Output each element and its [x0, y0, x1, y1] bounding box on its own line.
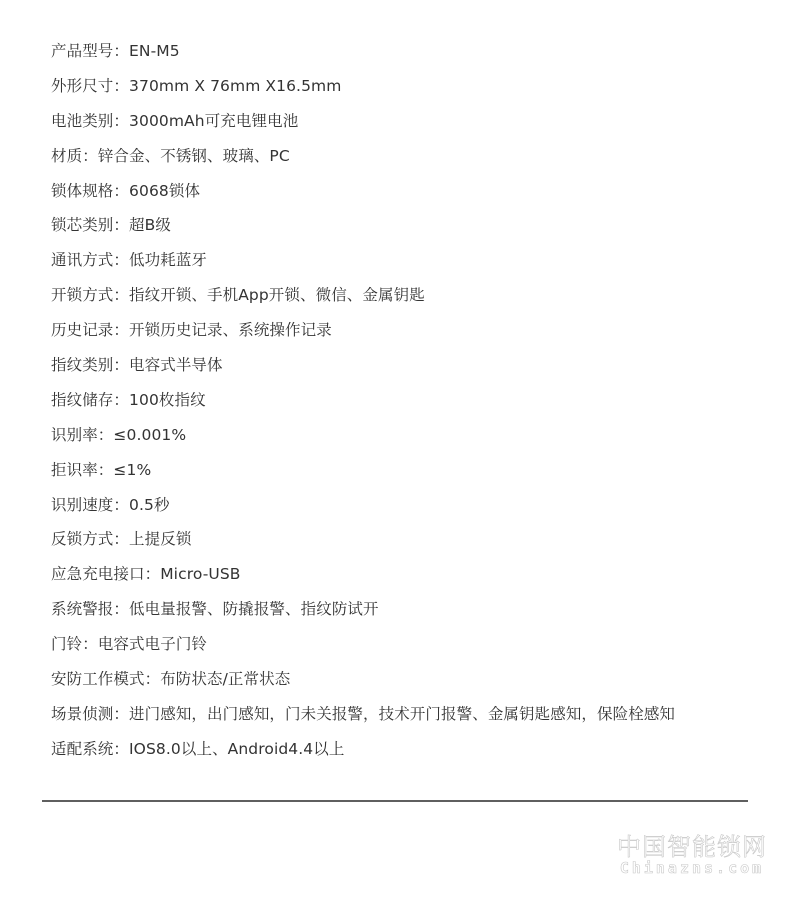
spec-label: 外形尺寸：	[51, 77, 129, 95]
spec-row-fingerprint-storage: 指纹储存：100枚指纹	[51, 387, 675, 422]
spec-value: 电容式电子门铃	[98, 635, 207, 653]
spec-value: 开锁历史记录、系统操作记录	[129, 321, 332, 339]
spec-row-deadlock: 反锁方式：上提反锁	[51, 526, 675, 561]
spec-row-communication: 通讯方式：低功耗蓝牙	[51, 247, 675, 282]
watermark: 中国智能锁网 Chinazns.com	[612, 834, 772, 876]
divider	[42, 800, 748, 802]
spec-value: 进门感知，出门感知，门未关报警，技术开门报警、金属钥匙感知，保险栓感知	[129, 705, 675, 723]
spec-row-dimensions: 外形尺寸：370mm X 76mm X16.5mm	[51, 73, 675, 108]
spec-row-history: 历史记录：开锁历史记录、系统操作记录	[51, 317, 675, 352]
spec-value: 指纹开锁、手机App开锁、微信、金属钥匙	[129, 286, 425, 304]
spec-label: 识别速度：	[51, 496, 129, 514]
spec-label: 产品型号：	[51, 42, 129, 60]
spec-value: 0.5秒	[129, 496, 170, 514]
spec-value: 100枚指纹	[129, 391, 206, 409]
spec-label: 电池类别：	[51, 112, 129, 130]
spec-label: 门铃：	[51, 635, 98, 653]
spec-row-security-mode: 安防工作模式：布防状态/正常状态	[51, 666, 675, 701]
spec-value: IOS8.0以上、Android4.4以上	[129, 740, 344, 758]
spec-label: 系统警报：	[51, 600, 129, 618]
spec-value: 低功耗蓝牙	[129, 251, 207, 269]
watermark-en-text: Chinazns.com	[612, 860, 772, 876]
spec-label: 指纹储存：	[51, 391, 129, 409]
spec-label: 场景侦测：	[51, 705, 129, 723]
spec-value: 电容式半导体	[129, 356, 223, 374]
spec-label: 识别率：	[51, 426, 113, 444]
spec-label: 拒识率：	[51, 461, 113, 479]
spec-value: 6068锁体	[129, 182, 200, 200]
spec-label: 通讯方式：	[51, 251, 129, 269]
spec-label: 指纹类别：	[51, 356, 129, 374]
spec-value: 低电量报警、防撬报警、指纹防试开	[129, 600, 379, 618]
spec-label: 适配系统：	[51, 740, 129, 758]
spec-value: 布防状态/正常状态	[160, 670, 290, 688]
watermark-cn-text: 中国智能锁网	[612, 834, 772, 860]
spec-row-battery: 电池类别：3000mAh可充电锂电池	[51, 108, 675, 143]
spec-row-emergency-charging: 应急充电接口：Micro-USB	[51, 561, 675, 596]
spec-row-fingerprint-type: 指纹类别：电容式半导体	[51, 352, 675, 387]
spec-row-doorbell: 门铃：电容式电子门铃	[51, 631, 675, 666]
spec-row-unlock-methods: 开锁方式：指纹开锁、手机App开锁、微信、金属钥匙	[51, 282, 675, 317]
spec-value: 上提反锁	[129, 530, 191, 548]
spec-row-lock-body: 锁体规格：6068锁体	[51, 178, 675, 213]
spec-row-system-alarms: 系统警报：低电量报警、防撬报警、指纹防试开	[51, 596, 675, 631]
spec-value: 超B级	[129, 216, 171, 234]
spec-label: 安防工作模式：	[51, 670, 160, 688]
spec-row-recognition-speed: 识别速度：0.5秒	[51, 492, 675, 527]
spec-label: 反锁方式：	[51, 530, 129, 548]
spec-label: 应急充电接口：	[51, 565, 160, 583]
spec-value: EN-M5	[129, 42, 180, 60]
spec-value: ≤0.001%	[113, 426, 186, 444]
spec-row-recognition-rate: 识别率：≤0.001%	[51, 422, 675, 457]
spec-value: ≤1%	[113, 461, 151, 479]
spec-row-scene-detection: 场景侦测：进门感知，出门感知，门未关报警，技术开门报警、金属钥匙感知，保险栓感知	[51, 701, 675, 736]
spec-label: 锁体规格：	[51, 182, 129, 200]
spec-label: 锁芯类别：	[51, 216, 129, 234]
spec-row-compatible-systems: 适配系统：IOS8.0以上、Android4.4以上	[51, 736, 675, 771]
spec-label: 材质：	[51, 147, 98, 165]
spec-value: 锌合金、不锈钢、玻璃、PC	[98, 147, 290, 165]
spec-row-material: 材质：锌合金、不锈钢、玻璃、PC	[51, 143, 675, 178]
spec-row-model: 产品型号：EN-M5	[51, 38, 675, 73]
spec-value: Micro-USB	[160, 565, 240, 583]
spec-list: 产品型号：EN-M5 外形尺寸：370mm X 76mm X16.5mm 电池类…	[51, 38, 675, 771]
spec-row-rejection-rate: 拒识率：≤1%	[51, 457, 675, 492]
spec-row-lock-core: 锁芯类别：超B级	[51, 212, 675, 247]
spec-value: 3000mAh可充电锂电池	[129, 112, 298, 130]
spec-value: 370mm X 76mm X16.5mm	[129, 77, 341, 95]
spec-label: 开锁方式：	[51, 286, 129, 304]
spec-label: 历史记录：	[51, 321, 129, 339]
